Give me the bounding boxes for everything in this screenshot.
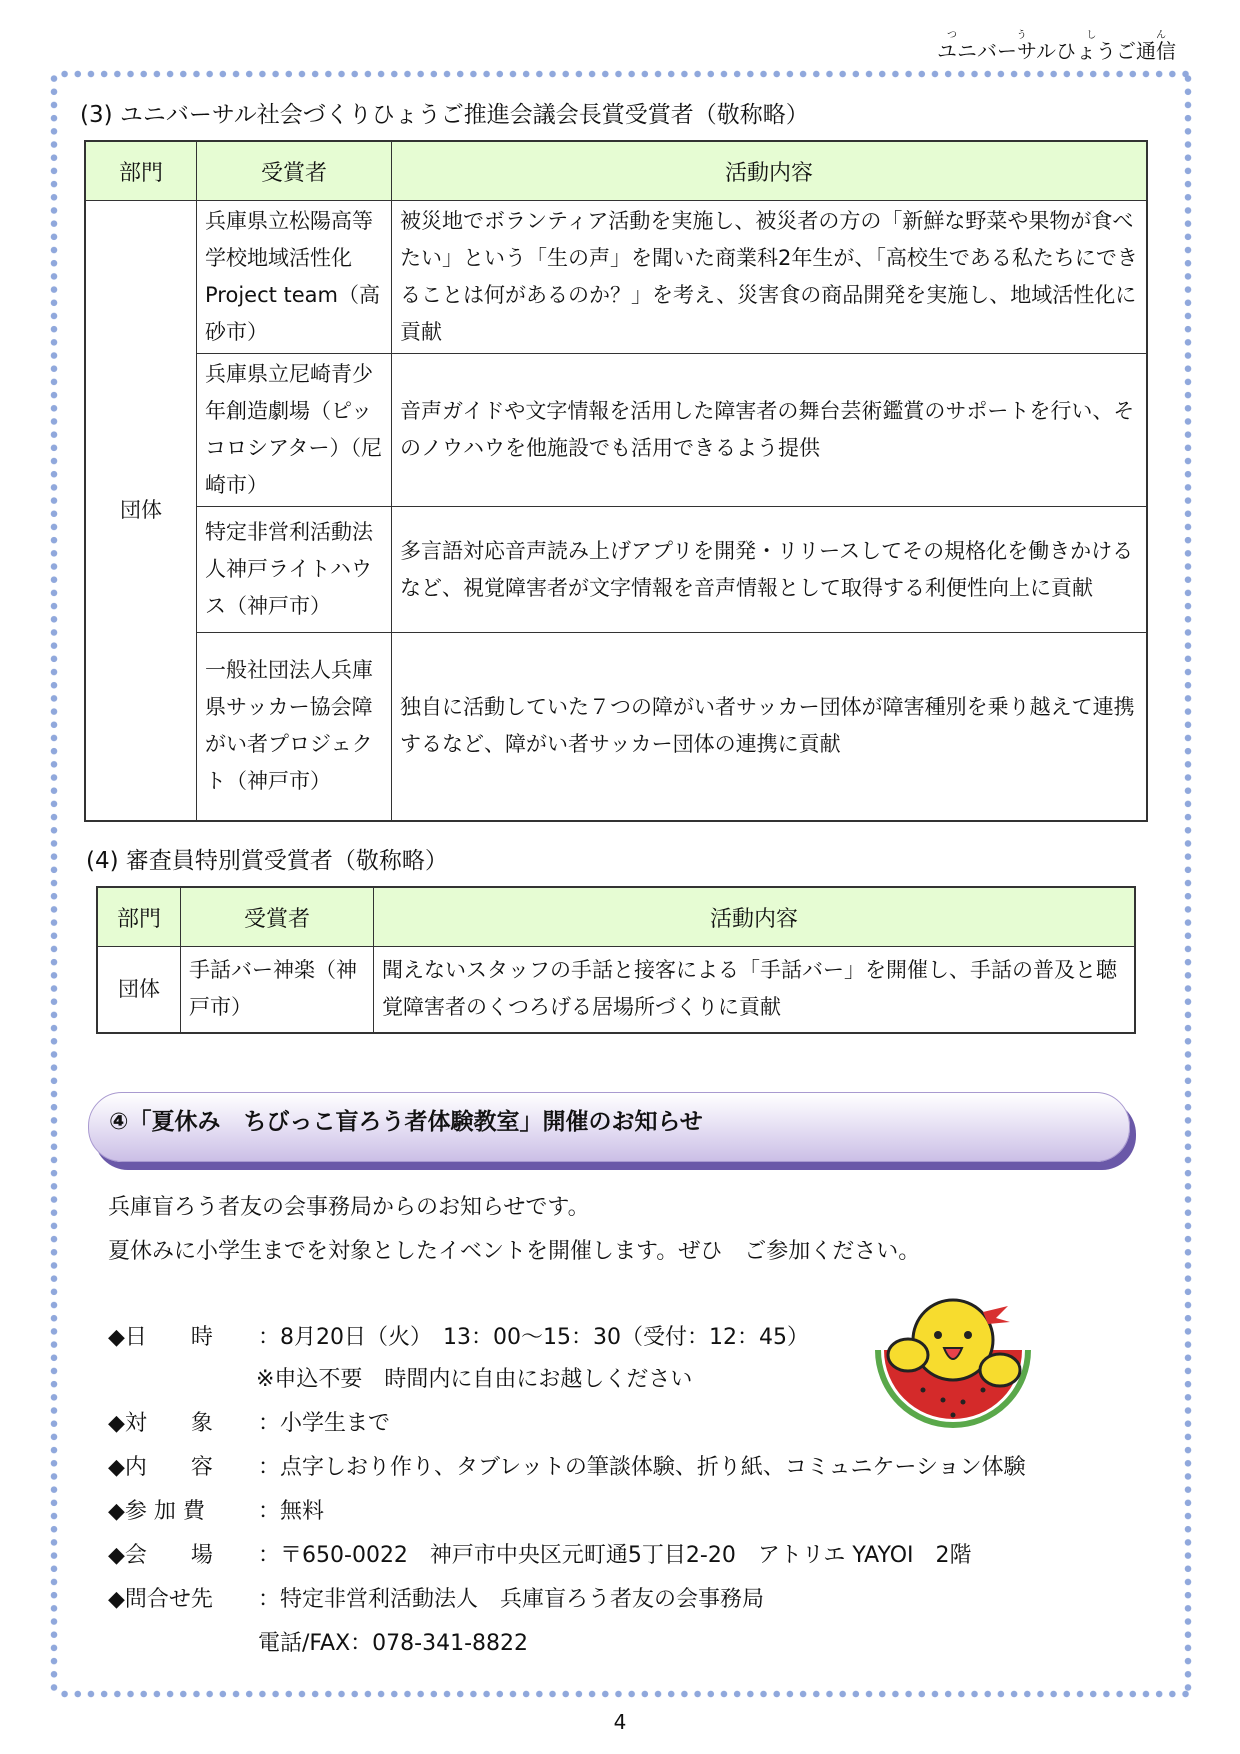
activity-cell: 聞えないスタッフの手話と接客による「手話バー」を開催し、手話の普及と聴覚障害者の…: [374, 947, 1136, 1033]
border-left: [50, 72, 58, 1692]
detail-contact: ◆問合せ先：特定非営利活動法人 兵庫盲ろう者友の会事務局: [108, 1582, 764, 1613]
section3-title: (3) ユニバーサル社会づくりひょうご推進会議会長賞受賞者（敬称略）: [80, 102, 809, 130]
recipient-cell: 手話バー神楽（神戸市）: [181, 947, 374, 1033]
col-header-recipient: 受賞者: [181, 887, 374, 947]
activity-cell: 音声ガイドや文字情報を活用した障害者の舞台芸術鑑賞のサポートを行い、そのノウハウ…: [392, 354, 1148, 507]
intro-line-2: 夏休みに小学生までを対象としたイベントを開催します。ぜひ ご参加ください。: [108, 1234, 920, 1265]
activity-cell: 多言語対応音声読み上げアプリを開発・リリースしてその規格化を働きかけるなど、視覚…: [392, 507, 1148, 633]
col-header-dept: 部門: [97, 887, 181, 947]
activity-cell: 独自に活動していた７つの障がい者サッカー団体が障害種別を乗り越えて連携するなど、…: [392, 633, 1148, 821]
dept-cell: 団体: [97, 947, 181, 1033]
col-header-recipient: 受賞者: [197, 141, 392, 201]
intro-line-1: 兵庫盲ろう者友の会事務局からのお知らせです。: [108, 1190, 590, 1221]
col-header-activity: 活動内容: [392, 141, 1148, 201]
section4-title: (4) 審査員特別賞受賞者（敬称略）: [86, 848, 448, 876]
mascot-watermelon-icon: [868, 1290, 1038, 1440]
recipient-cell: 兵庫県立松陽高等学校地域活性化 Project team（高砂市）: [197, 201, 392, 354]
detail-fee: ◆参 加 費：無料: [108, 1494, 324, 1525]
border-bottom: [58, 1690, 1190, 1698]
detail-datetime: ◆日 時：8月20日（火） 13：00～15：30（受付：12：45）: [108, 1320, 809, 1351]
border-right: [1184, 72, 1192, 1692]
col-header-activity: 活動内容: [374, 887, 1136, 947]
detail-phone: 電話/FAX：078-341-8822: [258, 1626, 528, 1657]
detail-content: ◆内 容：点字しおり作り、タブレットの筆談体験、折り紙、コミュニケーション体験: [108, 1450, 1026, 1481]
notice-banner-title: ④「夏休み ちびっこ盲ろう者体験教室」開催のお知らせ: [109, 1103, 703, 1136]
detail-target: ◆対 象：小学生まで: [108, 1406, 390, 1437]
section4-table: 部門 受賞者 活動内容 団体 手話バー神楽（神戸市） 聞えないスタッフの手話と接…: [96, 886, 1136, 1034]
newsletter-title: ユニバーサルひょうご通信つうしん: [937, 30, 1176, 64]
recipient-cell: 特定非営利活動法人神戸ライトハウス（神戸市）: [197, 507, 392, 633]
notice-banner: ④「夏休み ちびっこ盲ろう者体験教室」開催のお知らせ: [88, 1092, 1130, 1162]
recipient-cell: 一般社団法人兵庫県サッカー協会障がい者プロジェクト（神戸市）: [197, 633, 392, 821]
dept-cell: 団体: [85, 201, 197, 821]
page-number: 4: [0, 1710, 1240, 1734]
border-top: [58, 70, 1190, 78]
detail-venue: ◆会 場：〒650-0022 神戸市中央区元町通5丁目2-20 アトリエ YAY…: [108, 1538, 972, 1569]
recipient-cell: 兵庫県立尼崎青少年創造劇場（ピッコロシアター）（尼崎市）: [197, 354, 392, 507]
section3-table: 部門 受賞者 活動内容 団体 兵庫県立松陽高等学校地域活性化 Project t…: [84, 140, 1148, 822]
detail-note: ※申込不要 時間内に自由にお越しください: [256, 1362, 692, 1393]
activity-cell: 被災地でボランティア活動を実施し、被災者の方の「新鮮な野菜や果物が食べたい」とい…: [392, 201, 1148, 354]
col-header-dept: 部門: [85, 141, 197, 201]
